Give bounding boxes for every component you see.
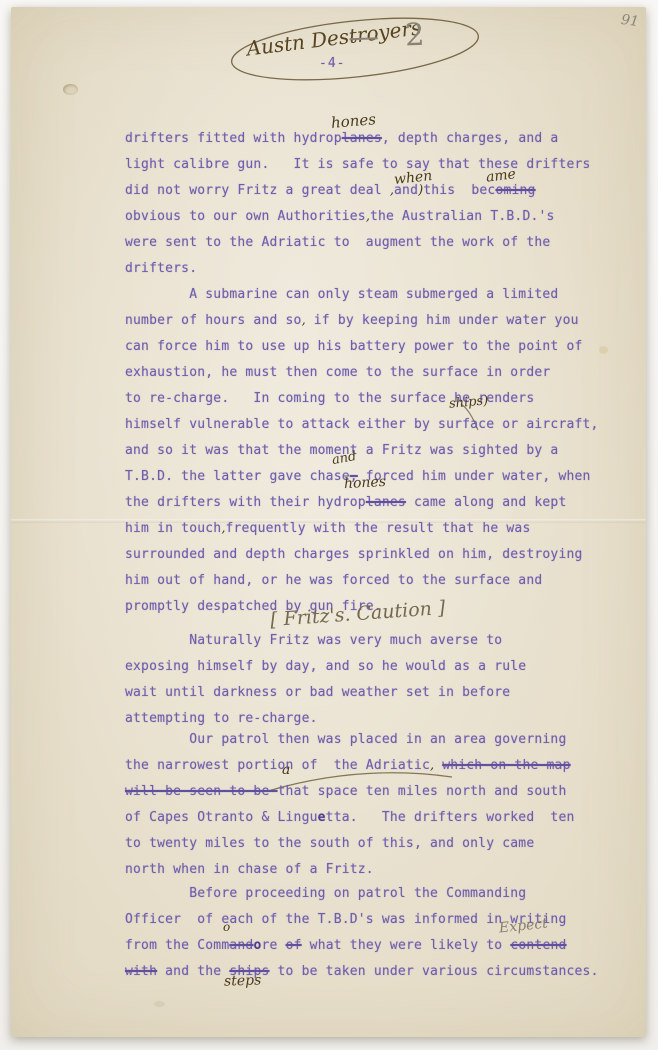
struck-text: of (286, 938, 302, 953)
typed-text: Naturally Fritz was very much averse to (125, 633, 502, 648)
typed-text: , depth charges, and a (382, 131, 559, 146)
typed-line: were sent to the Adriatic to augment the… (125, 235, 550, 251)
typed-text: promptly despatched by gun fire. (125, 599, 382, 614)
struck-text: will be seen to be (125, 784, 278, 799)
typed-text: were sent to the Adriatic to augment the… (125, 235, 550, 250)
typed-text: exhaustion, he must then come to the sur… (125, 365, 550, 380)
typed-text: drifters fitted with hydrop (125, 131, 342, 146)
typed-text: Before proceeding on patrol the Commandi… (125, 886, 526, 901)
typed-text: frequently with the result that he was (225, 521, 530, 536)
typed-line: and so it was that the moment a Fritz wa… (125, 443, 558, 459)
typed-line: Before proceeding on patrol the Commandi… (125, 886, 526, 902)
typed-line: to twenty miles to the south of this, an… (125, 836, 534, 852)
typed-line: will be seen to be that space ten miles … (125, 784, 566, 800)
typed-line: did not worry Fritz a great deal ,and)th… (125, 183, 536, 199)
typed-text: the narrowest portion of the Adriatic (125, 758, 430, 773)
page-corner-number: 91 (620, 12, 640, 30)
typed-line: from the Commandore of what they were li… (125, 938, 567, 954)
struck-text: contend (510, 938, 566, 953)
typed-line: Officer of each of the T.B.D's was infor… (125, 912, 566, 928)
typed-line: of Capes Otranto & Linguetta. The drifte… (125, 810, 575, 826)
typed-text: and the (157, 964, 229, 979)
pencil-page-number: — 2 (347, 17, 433, 56)
typed-line: north when in chase of a Fritz. (125, 862, 374, 878)
typed-text: Our patrol then was placed in an area go… (125, 732, 566, 747)
typed-text: number of hours and so (125, 313, 302, 328)
typed-line: himself vulnerable to attack either by s… (125, 417, 599, 433)
typed-text: the Australian T.B.D.'s (370, 209, 555, 224)
typed-text: obvious to our own Authorities (125, 209, 366, 224)
typed-text: what they were likely to (302, 938, 511, 953)
typed-text: re (261, 938, 285, 953)
typed-line: the drifters with their hydroplanes came… (125, 495, 567, 511)
typed-text: can force him to use up his battery powe… (125, 339, 583, 354)
typed-text: from the Comm (125, 938, 229, 953)
typed-text: attempting to re-charge. (125, 711, 318, 726)
scan-background: 91 Austn Destroyers — 2 -4- drifters fit… (0, 0, 658, 1050)
typed-text: to re-charge. In coming to the surface h… (125, 391, 534, 406)
typed-text: A submarine can only steam submerged a l… (125, 287, 558, 302)
typed-text: of Capes Otranto & Lingu (125, 810, 318, 825)
typed-line: to re-charge. In coming to the surface h… (125, 391, 534, 407)
struck-text: and (229, 938, 253, 953)
struck-text: lanes (342, 131, 382, 146)
typed-text: him out of hand, or he was forced to the… (125, 573, 542, 588)
typed-text: and so it was that the moment a Fritz wa… (125, 443, 558, 458)
overtyped-text: e (318, 810, 326, 825)
typed-text: wait until darkness or bad weather set i… (125, 685, 510, 700)
typed-text: and (394, 183, 418, 198)
typed-line: surrounded and depth charges sprinkled o… (125, 547, 583, 563)
typed-line: Naturally Fritz was very much averse to (125, 633, 502, 649)
typed-text: to twenty miles to the south of this, an… (125, 836, 534, 851)
typed-text: himself vulnerable to attack either by s… (125, 417, 599, 432)
struck-text: ships (229, 964, 269, 979)
typed-text: came along and kept (406, 495, 567, 510)
typed-line: wait until darkness or bad weather set i… (125, 685, 510, 701)
struck-text: oming (495, 183, 535, 198)
typed-text: if by keeping him under water you (306, 313, 579, 328)
typed-line: with and the ships to be taken under var… (125, 964, 599, 980)
typed-text: tta. The drifters worked ten (326, 810, 575, 825)
typed-text: surrounded and depth charges sprinkled o… (125, 547, 583, 562)
typed-line: obvious to our own Authorities,the Austr… (125, 209, 555, 225)
typed-text: light calibre gun. It is safe to say tha… (125, 157, 591, 172)
typed-line: drifters. (125, 261, 197, 277)
typed-line: exhaustion, he must then come to the sur… (125, 365, 550, 381)
typed-line: drifters fitted with hydroplanes, depth … (125, 131, 558, 147)
struck-text: , (350, 469, 358, 484)
typed-line: A submarine can only steam submerged a l… (125, 287, 558, 303)
typed-line: the narrowest portion of the Adriatic, w… (125, 758, 571, 774)
typed-line: attempting to re-charge. (125, 711, 318, 727)
typed-text: that space ten miles north and south (278, 784, 567, 799)
typed-line: exposing himself by day, and so he would… (125, 659, 526, 675)
typed-text: him in touch (125, 521, 221, 536)
typed-line: him out of hand, or he was forced to the… (125, 573, 542, 589)
typed-page-number: -4- (319, 56, 345, 71)
typed-text: drifters. (125, 261, 197, 276)
struck-text: lanes (366, 495, 406, 510)
typed-text (434, 758, 442, 773)
typed-text: exposing himself by day, and so he would… (125, 659, 526, 674)
typed-text: did not worry Fritz a great deal (125, 183, 390, 198)
typed-line: can force him to use up his battery powe… (125, 339, 583, 355)
typed-text: T.B.D. the latter gave chase (125, 469, 350, 484)
struck-text: with (125, 964, 157, 979)
typed-text: Officer of each of the T.B.D's was infor… (125, 912, 566, 927)
typed-line: number of hours and so, if by keeping hi… (125, 313, 579, 329)
typed-line: him in touch,frequently with the result … (125, 521, 530, 537)
typed-text: to be taken under various circumstances. (270, 964, 599, 979)
typed-line: light calibre gun. It is safe to say tha… (125, 157, 591, 173)
struck-text: which on the map (442, 758, 570, 773)
typed-line: T.B.D. the latter gave chase, forced him… (125, 469, 591, 485)
typed-text: the drifters with their hydrop (125, 495, 366, 510)
typed-text: this bec (423, 183, 495, 198)
typed-text: north when in chase of a Fritz. (125, 862, 374, 877)
typed-line: promptly despatched by gun fire. (125, 599, 382, 615)
typed-text: forced him under water, when (358, 469, 591, 484)
typed-line: Our patrol then was placed in an area go… (125, 732, 566, 748)
